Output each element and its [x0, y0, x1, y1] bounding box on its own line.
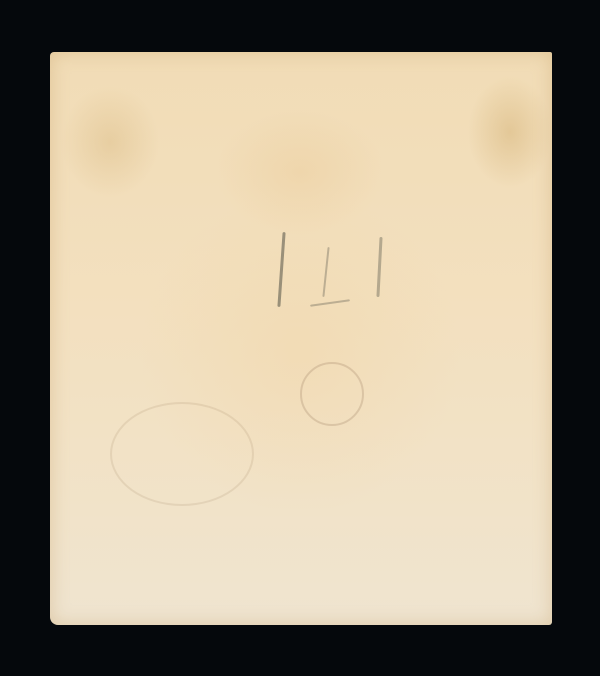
pencil-mark-4-horizontal [310, 299, 350, 307]
pencil-mark-1 [277, 232, 285, 307]
show-through-oval [110, 402, 254, 506]
stamp-back [50, 52, 552, 625]
show-through-circle [300, 362, 364, 426]
pencil-mark-1b [376, 237, 382, 297]
pencil-mark-4-vertical [322, 247, 329, 297]
